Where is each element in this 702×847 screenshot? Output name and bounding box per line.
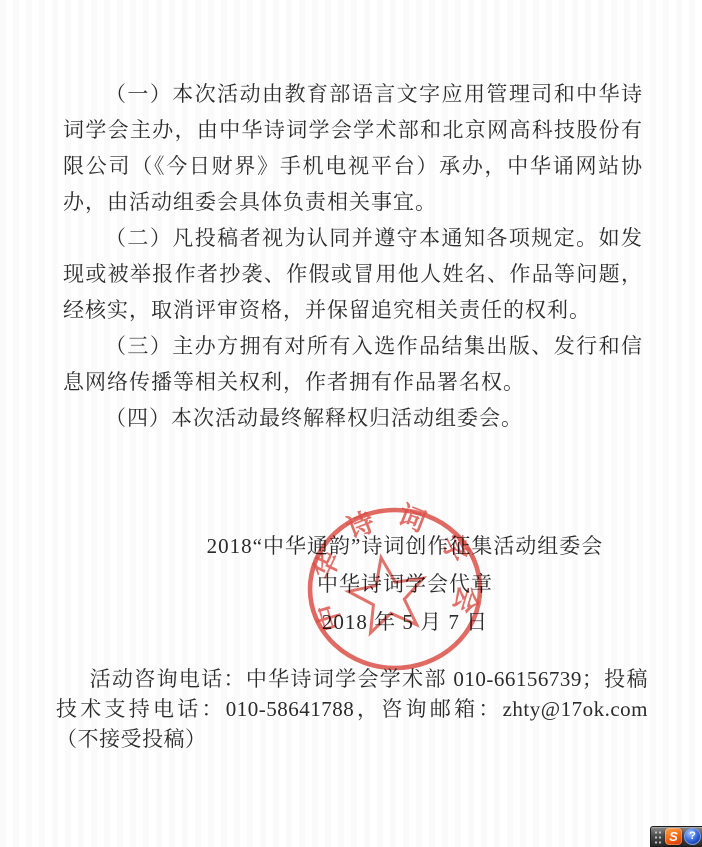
drag-handle-icon[interactable] [654, 829, 663, 844]
help-icon[interactable]: ? [684, 828, 701, 845]
contact-info: 活动咨询电话：中华诗词学会学术部 010-66156739；投稿技术支持电话：0… [56, 664, 648, 754]
notice-paragraph-2: （二）凡投稿者视为认同并遵守本通知各项规定。如发现或被举报作者抄袭、作假或冒用他… [63, 220, 643, 328]
notice-paragraph-3: （三）主办方拥有对所有入选作品结集出版、发行和信息网络传播等相关权利，作者拥有作… [63, 328, 643, 400]
scanned-notice-page: （一）本次活动由教育部语言文字应用管理司和中华诗词学会主办，由中华诗词学会学术部… [0, 0, 702, 847]
sogou-input-icon[interactable]: S [665, 828, 682, 845]
signature-date: 2018 年 5 月 7 日 [150, 603, 660, 641]
notice-paragraph-4: （四）本次活动最终解释权归活动组委会。 [63, 400, 643, 436]
signature-agency: 中华诗词学会代章 [150, 565, 660, 603]
notice-paragraph-1: （一）本次活动由教育部语言文字应用管理司和中华诗词学会主办，由中华诗词学会学术部… [63, 76, 643, 220]
signature-committee: 2018“中华通韵”诗词创作征集活动组委会 [150, 527, 660, 565]
input-method-toolbar[interactable]: S ? [650, 826, 702, 847]
notice-body: （一）本次活动由教育部语言文字应用管理司和中华诗词学会主办，由中华诗词学会学术部… [63, 76, 643, 436]
signature-block: 2018“中华通韵”诗词创作征集活动组委会 中华诗词学会代章 2018 年 5 … [150, 527, 660, 641]
